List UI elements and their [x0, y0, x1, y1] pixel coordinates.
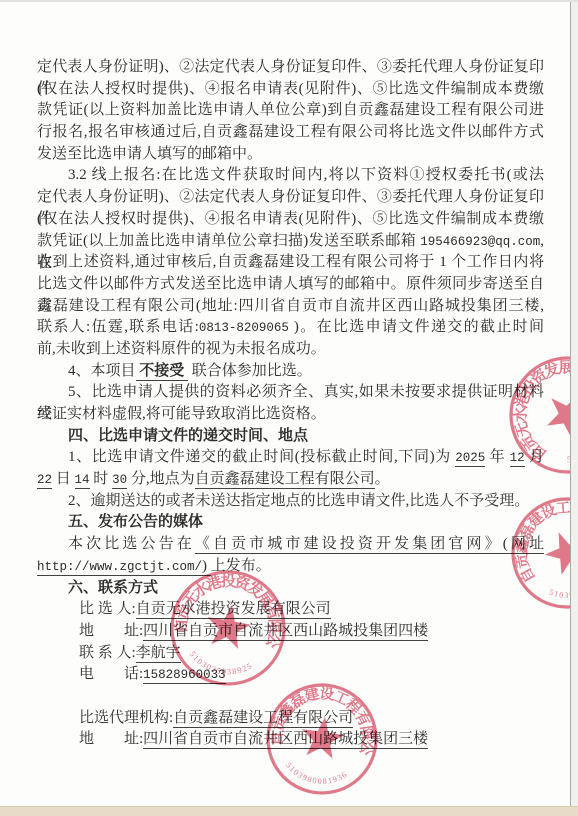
- text-segment: 联合体参加比选。: [188, 363, 312, 379]
- text-segment: 比选代理机构:: [79, 710, 173, 726]
- text-segment: 不接受: [136, 363, 189, 381]
- doc-line: 本次比选公告在《自贡市城市建设投资开发集团官网》(网址: [37, 534, 544, 556]
- text-segment: 1、比选申请文件递交的截止时间(投标截止时间,下同)为: [68, 449, 455, 465]
- doc-line: 五、发布公告的媒体: [37, 512, 544, 534]
- doc-line: 1、比选申请文件递交的截止时间(投标截止时间,下同)为 2025 年 12 月: [37, 447, 544, 469]
- text-segment: 本次比选公告在: [68, 536, 195, 552]
- text-segment: 自贡鑫磊建设工程有限公司: [195, 471, 375, 489]
- doc-line: 联系人:伍霆,联系电话:0813-8209065 )。在比选申请文件递交的截止时…: [37, 317, 544, 339]
- text-segment: 2、逾期送达的或者未送达指定地点的比选申请文件,比选人不予受理。: [68, 493, 529, 509]
- doc-line: 前,未收到上述资料原件的视为未报名成功。: [37, 339, 544, 361]
- text-segment: 日: [52, 471, 75, 487]
- text-segment: 联 系 人:: [79, 645, 136, 661]
- doc-line: 款凭证(以上加盖比选申请单位公章扫描)发送至联系邮箱 195466923@qq.…: [37, 231, 544, 253]
- text-segment: 发送至比选申请人填写的邮箱中。: [37, 146, 262, 162]
- scan-top-edge: [0, 0, 578, 2]
- text-segment: 2025: [455, 451, 485, 467]
- text-segment: 四、比选申请文件的递交时间、地点: [68, 428, 308, 444]
- text-segment: 联系人:伍霆,联系电话:: [37, 319, 199, 335]
- text-segment: 195466923@qq.com: [420, 235, 540, 249]
- text-segment: 4、本项目: [68, 363, 136, 379]
- doc-line: 4、本项目 不接受 联合体参加比选。: [37, 361, 544, 383]
- text-segment: 收到上述资料,通过审核后,自贡鑫磊建设工程有限公司将于 1 个工作日内将: [37, 254, 544, 270]
- text-segment: 时: [90, 471, 113, 487]
- text-segment: 3.2 线上报名:在比选文件获取时间内,将以下资料①授权委托书(或法: [68, 167, 544, 183]
- doc-line: 四、比选申请文件的递交时间、地点: [37, 426, 544, 448]
- text-segment: 行报名,报名审核通过后,自贡鑫磊建设工程有限公司将比选文件以邮件方式: [37, 124, 544, 140]
- xinlei-company-seal-edge: 自贡鑫磊建设工程有限公司5103980081936: [503, 489, 578, 617]
- text-segment: 经证实材料虚假,将可能导致取消比选资格。: [37, 406, 326, 422]
- doc-line: 定代表人身份证明)、②法定代表人身份证复印件、③委托代理人身份证复印件: [37, 187, 544, 209]
- text-segment: 22: [37, 473, 52, 489]
- text-segment: 电 话:: [79, 666, 143, 682]
- doc-line: (仅在法人授权时提供)、④报名申请表(见附件)、⑤比选文件编制成本费缴: [37, 209, 544, 231]
- text-segment: 五、发布公告的媒体: [68, 514, 203, 530]
- text-segment: 14: [75, 473, 90, 489]
- doc-line: 5、比选申请人提供的资料必须齐全、真实,如果未按要求提供证明材料或: [37, 382, 544, 404]
- text-segment: (仅在法人授权时提供)、④报名申请表(见附件)、⑤比选文件编制成本费缴: [37, 81, 544, 97]
- xinlei-company-seal-bottom: 自贡鑫磊建设工程有限公司5103980081936: [258, 675, 386, 803]
- doc-line: 款凭证(以上资料加盖比选申请人单位公章)到自贡鑫磊建设工程有限公司进: [37, 100, 544, 122]
- text-segment: 款凭证(以上加盖比选申请单位公章扫描)发送至联系邮箱: [37, 233, 420, 249]
- text-segment: 比 选 人:: [79, 601, 136, 617]
- doc-line: 经证实材料虚假,将可能导致取消比选资格。: [37, 404, 544, 426]
- doc-line: 定代表人身份证明)、②法定代表人身份证复印件、③委托代理人身份证复印件: [37, 57, 544, 79]
- scan-bottom-edge: [0, 806, 578, 816]
- text-segment: 地 址:: [79, 731, 143, 747]
- doc-line: 22 日 14 时 30 分,地点为自贡鑫磊建设工程有限公司。: [37, 469, 544, 491]
- text-segment: 《自贡市城市建设投资开发集团官网》(网址: [195, 536, 544, 554]
- text-segment: 分,地点为: [127, 471, 195, 487]
- text-segment: 前,未收到上述资料原件的视为未报名成功。: [37, 341, 326, 357]
- text-segment: 六、联系方式: [68, 580, 158, 596]
- text-segment: 地 址:: [79, 623, 143, 639]
- doc-line: 2、逾期送达的或者未送达指定地点的比选申请文件,比选人不予受理。: [37, 491, 544, 513]
- scanned-document-page: 定代表人身份证明)、②法定代表人身份证复印件、③委托代理人身份证复印件(仅在法人…: [0, 0, 578, 816]
- doc-line: 发送至比选申请人填写的邮箱中。: [37, 144, 544, 166]
- doc-line: 鑫磊建设工程有限公司(地址:四川省自贡市自流井区西山路城投集团三楼,: [37, 296, 544, 318]
- text-segment: 0813-8209065: [199, 321, 289, 335]
- scan-right-edge: [570, 0, 578, 816]
- doc-line: 收到上述资料,通过审核后,自贡鑫磊建设工程有限公司将于 1 个工作日内将: [37, 252, 544, 274]
- doc-line: 3.2 线上报名:在比选文件获取时间内,将以下资料①授权委托书(或法: [37, 165, 544, 187]
- text-segment: 。: [375, 471, 390, 487]
- text-segment: (仅在法人授权时提供)、④报名申请表(见附件)、⑤比选文件编制成本费缴: [37, 211, 544, 227]
- text-segment: 鑫磊建设工程有限公司(地址:四川省自贡市自流井区西山路城投集团三楼,: [37, 298, 544, 314]
- wushuigang-company-seal-edge: 自贡无水港投资发展有限公司5103025038925: [501, 348, 578, 482]
- svg-text:5103025038925: 5103025038925: [185, 649, 255, 682]
- doc-line: 行报名,报名审核通过后,自贡鑫磊建设工程有限公司将比选文件以邮件方式: [37, 122, 544, 144]
- doc-line: (仅在法人授权时提供)、④报名申请表(见附件)、⑤比选文件编制成本费缴: [37, 79, 544, 101]
- text-segment: )。在比选申请文件递交的截止时间: [289, 319, 544, 335]
- text-segment: 30: [112, 473, 127, 489]
- text-segment: 款凭证(以上资料加盖比选申请人单位公章)到自贡鑫磊建设工程有限公司进: [37, 102, 544, 118]
- wushuigang-company-seal: 自贡无水港投资发展有限公司5103025038925: [162, 562, 294, 694]
- doc-line: 比选文件以邮件方式发送至比选申请人填写的邮箱中。原件须同步寄送至自贡: [37, 274, 544, 296]
